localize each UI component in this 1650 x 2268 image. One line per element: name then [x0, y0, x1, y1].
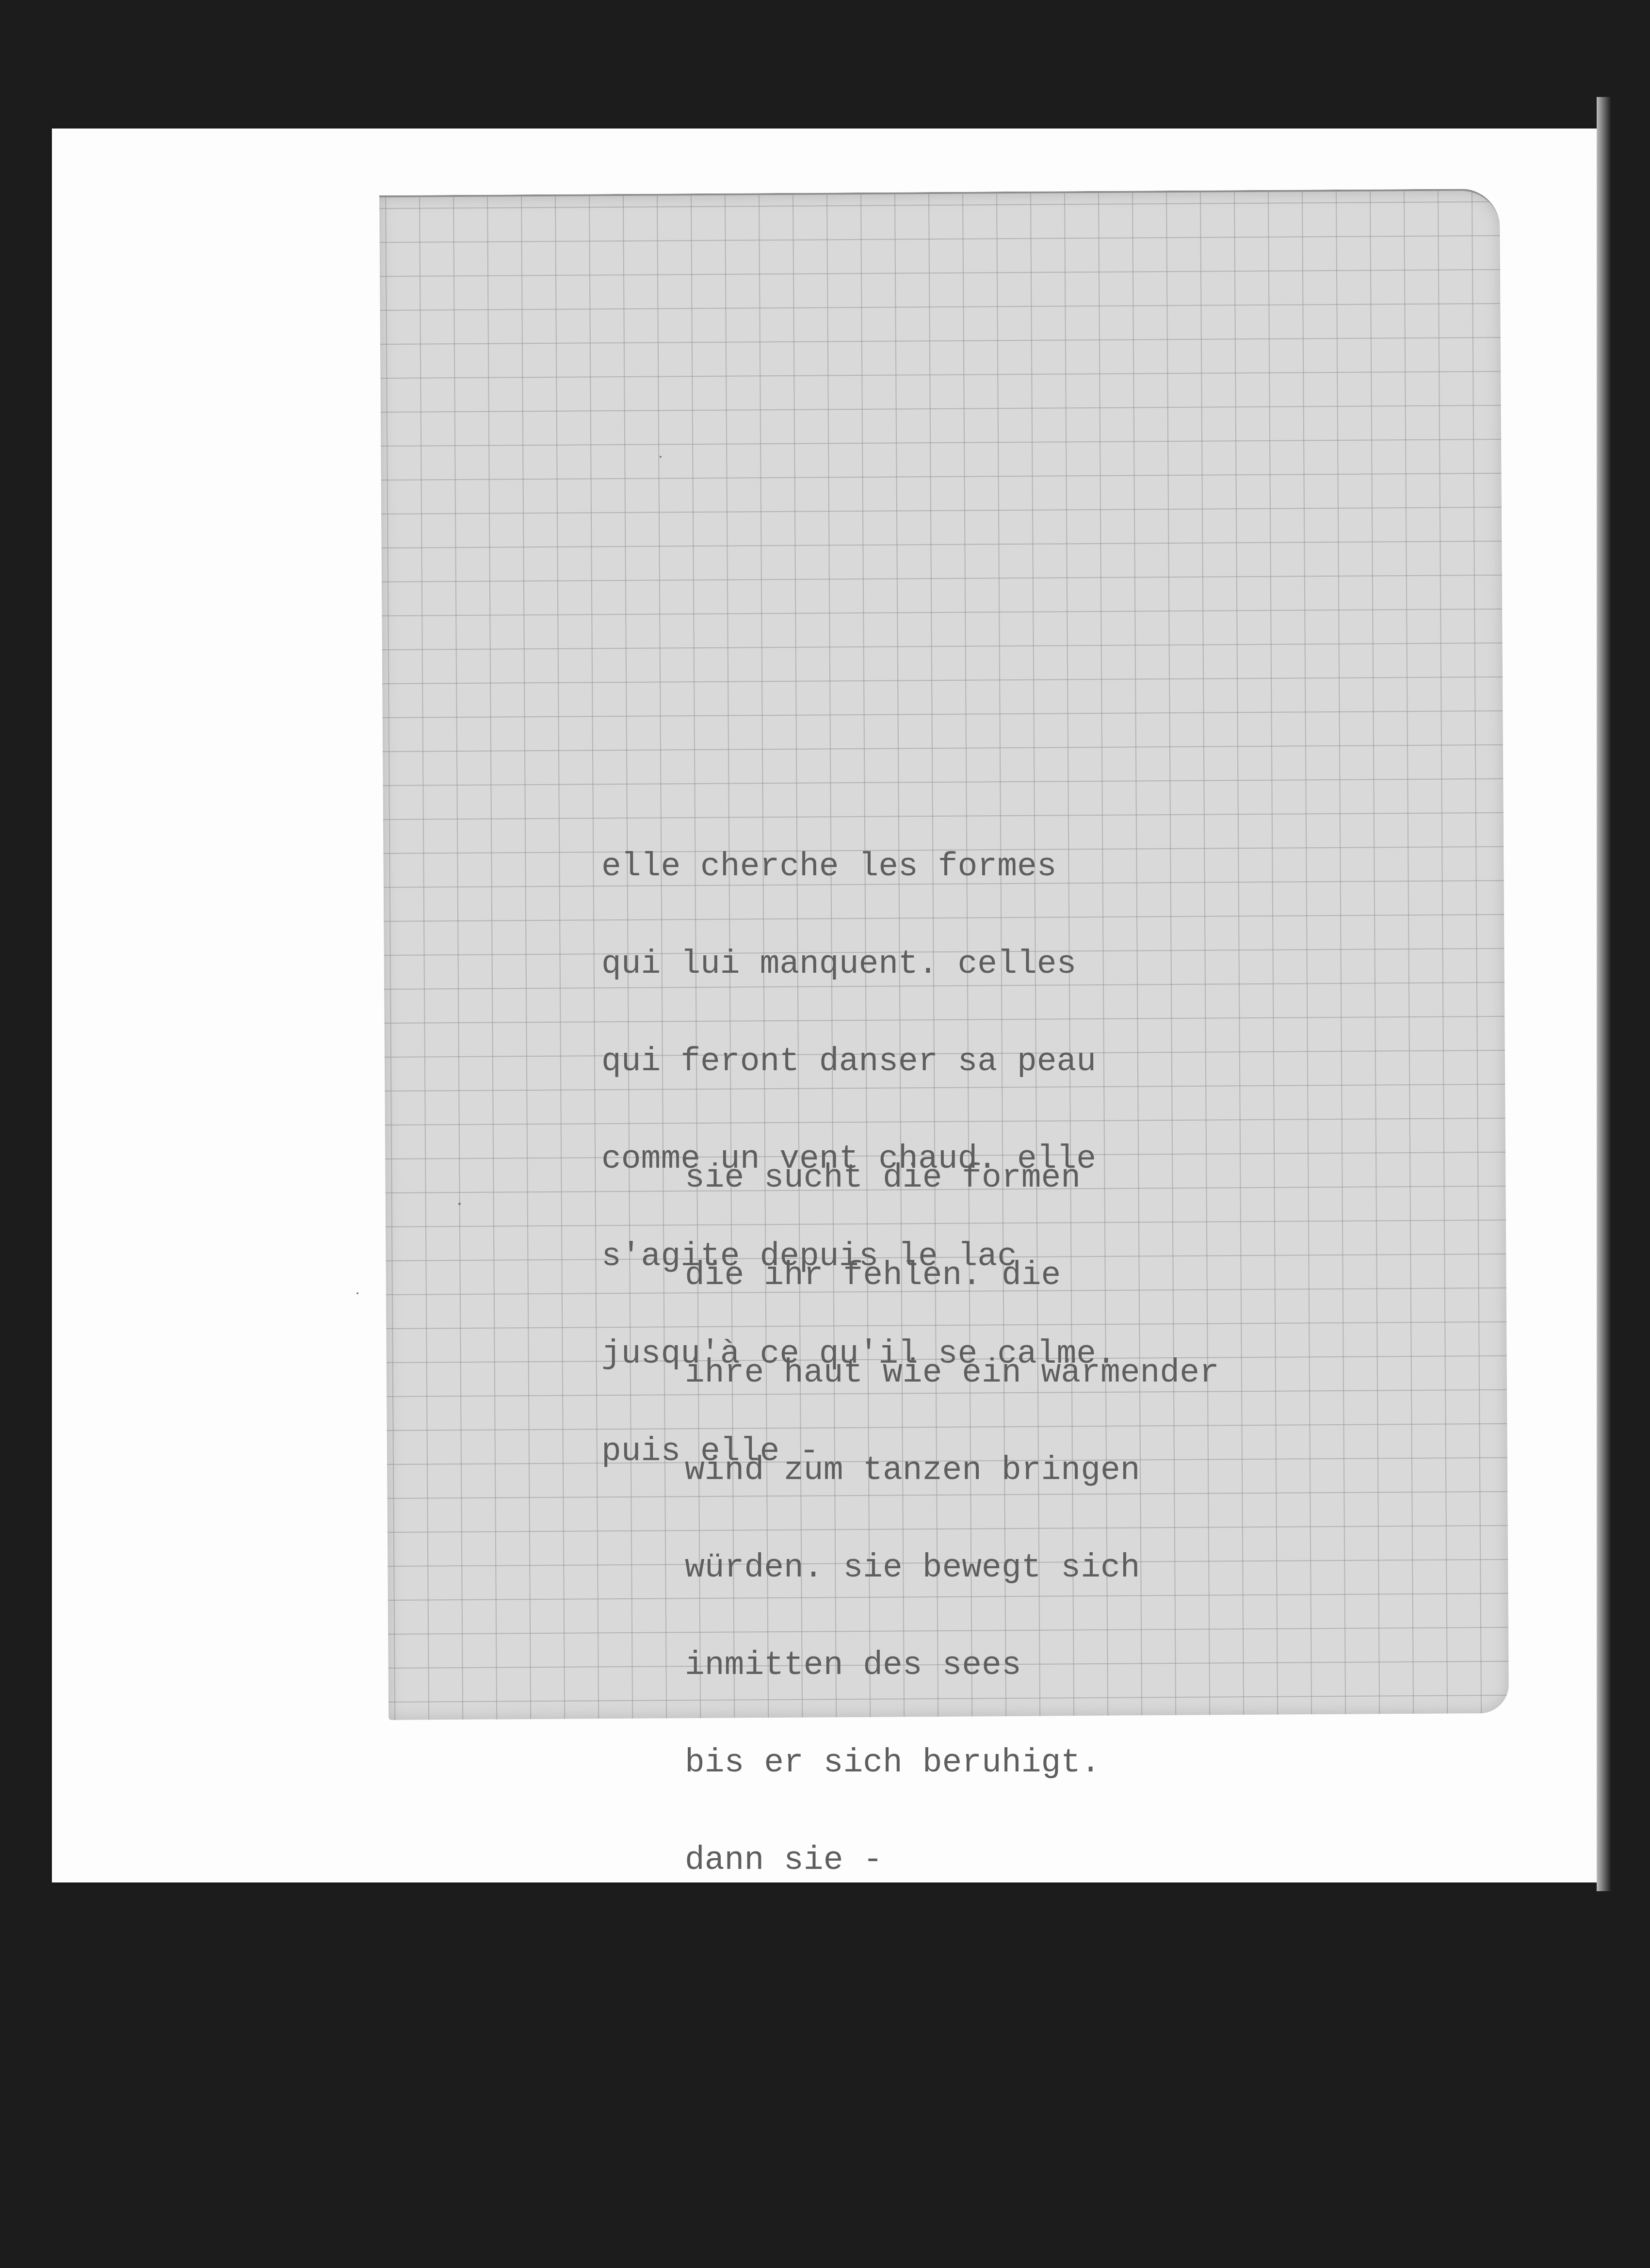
stanza-line: bis er sich beruhigt.: [685, 1747, 1219, 1779]
stanza-line: ihre haut wie ein wärmender: [685, 1357, 1219, 1389]
stanza-line: elle cherche les formes: [601, 851, 1116, 883]
stanza-line: sie sucht die formen: [685, 1162, 1219, 1194]
dust-speck: [660, 456, 662, 458]
stanza-line: qui feront danser sa peau: [601, 1046, 1116, 1078]
stanza-line: die ihr fehlen. die: [685, 1259, 1219, 1292]
dust-speck: [356, 1292, 358, 1294]
stanza-line: dann sie -: [685, 1844, 1219, 1877]
stanza-line: inmitten des sees: [685, 1649, 1219, 1682]
stanza-line: wind zum tanzen bringen: [685, 1454, 1219, 1487]
scan-edge-shadow: [1597, 97, 1611, 1891]
dust-speck: [458, 1203, 461, 1205]
stanza-line: würden. sie bewegt sich: [685, 1552, 1219, 1584]
stanza-line: qui lui manquent. celles: [601, 948, 1116, 981]
german-stanza: sie sucht die formen die ihr fehlen. die…: [685, 1097, 1219, 1909]
